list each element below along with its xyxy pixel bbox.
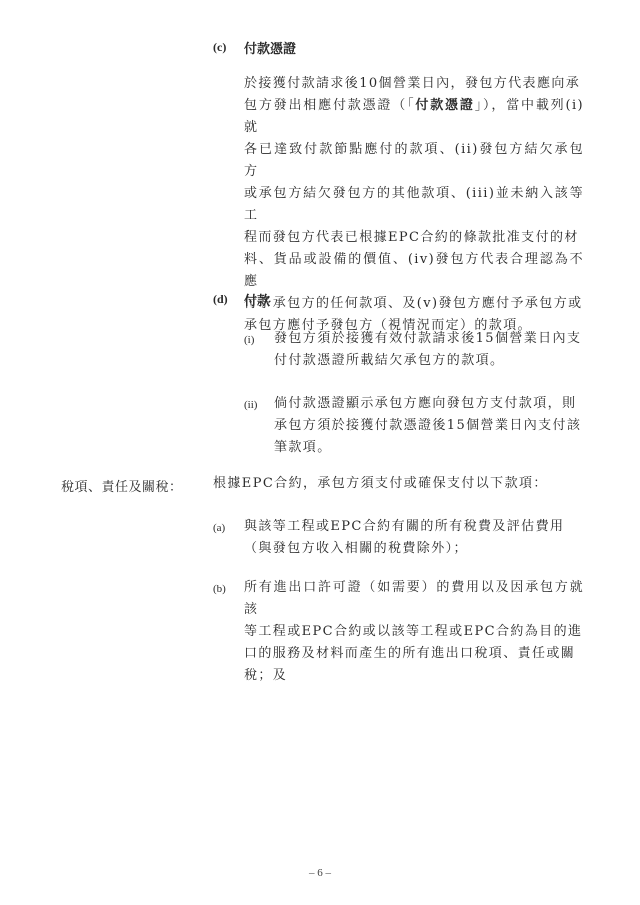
taxes-intro: 根據EPC合約，承包方須支付或確保支付以下款項： <box>213 473 593 495</box>
para-line: 承包方須於接獲付款憑證後15個營業日內支付該 <box>274 415 584 437</box>
para-line: 筆款項。 <box>274 437 584 459</box>
taxes-item-a: 與該等工程或EPC合約有關的所有稅費及評估費用 （與發包方收入相關的稅費除外）； <box>244 516 584 560</box>
section-d-item-ii-marker: (ii) <box>244 399 257 411</box>
section-c-marker: (c) <box>213 40 226 55</box>
section-c-title: 付款憑證 <box>244 38 296 57</box>
taxes-item-b-marker: (b) <box>213 583 226 595</box>
page-number: – 6 – <box>0 867 640 879</box>
para-line: 各已達致付款節點應付的款項、(ii)發包方結欠承包方 <box>244 139 584 183</box>
para-line: 付予承包方的任何款項、及(v)發包方應付予承包方或 <box>244 293 584 315</box>
section-d-item-i: 發包方須於接獲有效付款請求後15個營業日內支 付付款憑證所載結欠承包方的款項。 <box>274 328 584 372</box>
section-d-item-ii: 倘付款憑證顯示承包方應向發包方支付款項，則 承包方須於接獲付款憑證後15個營業日… <box>274 393 584 459</box>
section-d-title: 付款 <box>244 290 270 309</box>
para-line: 稅；及 <box>244 665 584 687</box>
defined-term: 付款憑證 <box>415 98 474 113</box>
taxes-label: 稅項、責任及關稅： <box>61 476 183 495</box>
para-line: （與發包方收入相關的稅費除外）； <box>244 538 584 560</box>
taxes-item-b: 所有進出口許可證（如需要）的費用以及因承包方就該 等工程或EPC合約或以該等工程… <box>244 577 584 687</box>
para-line: 發包方須於接獲有效付款請求後15個營業日內支 <box>274 328 584 350</box>
section-c-paragraph: 於接獲付款請求後10個營業日內，發包方代表應向承 包方發出相應付款憑證（「付款憑… <box>244 73 584 337</box>
para-line: 與該等工程或EPC合約有關的所有稅費及評估費用 <box>244 516 584 538</box>
section-d-marker: (d) <box>213 292 228 307</box>
para-line: 料、貨品或設備的價值、(iv)發包方代表合理認為不應 <box>244 249 584 293</box>
para-line: 等工程或EPC合約或以該等工程或EPC合約為目的進 <box>244 621 584 643</box>
para-line: 於接獲付款請求後10個營業日內，發包方代表應向承 <box>244 73 584 95</box>
para-line: 或承包方結欠發包方的其他款項、(iii)並未納入該等工 <box>244 183 584 227</box>
para-line: 所有進出口許可證（如需要）的費用以及因承包方就該 <box>244 577 584 621</box>
para-line: 程而發包方代表已根據EPC合約的條款批准支付的材 <box>244 227 584 249</box>
taxes-item-a-marker: (a) <box>213 522 225 534</box>
para-line: 付付款憑證所載結欠承包方的款項。 <box>274 350 584 372</box>
para-line: 包方發出相應付款憑證（「付款憑證」），當中載列(i)就 <box>244 95 584 139</box>
para-line: 口的服務及材料而產生的所有進出口稅項、責任或關 <box>244 643 584 665</box>
section-d-item-i-marker: (i) <box>244 334 254 346</box>
para-line: 倘付款憑證顯示承包方應向發包方支付款項，則 <box>274 393 584 415</box>
